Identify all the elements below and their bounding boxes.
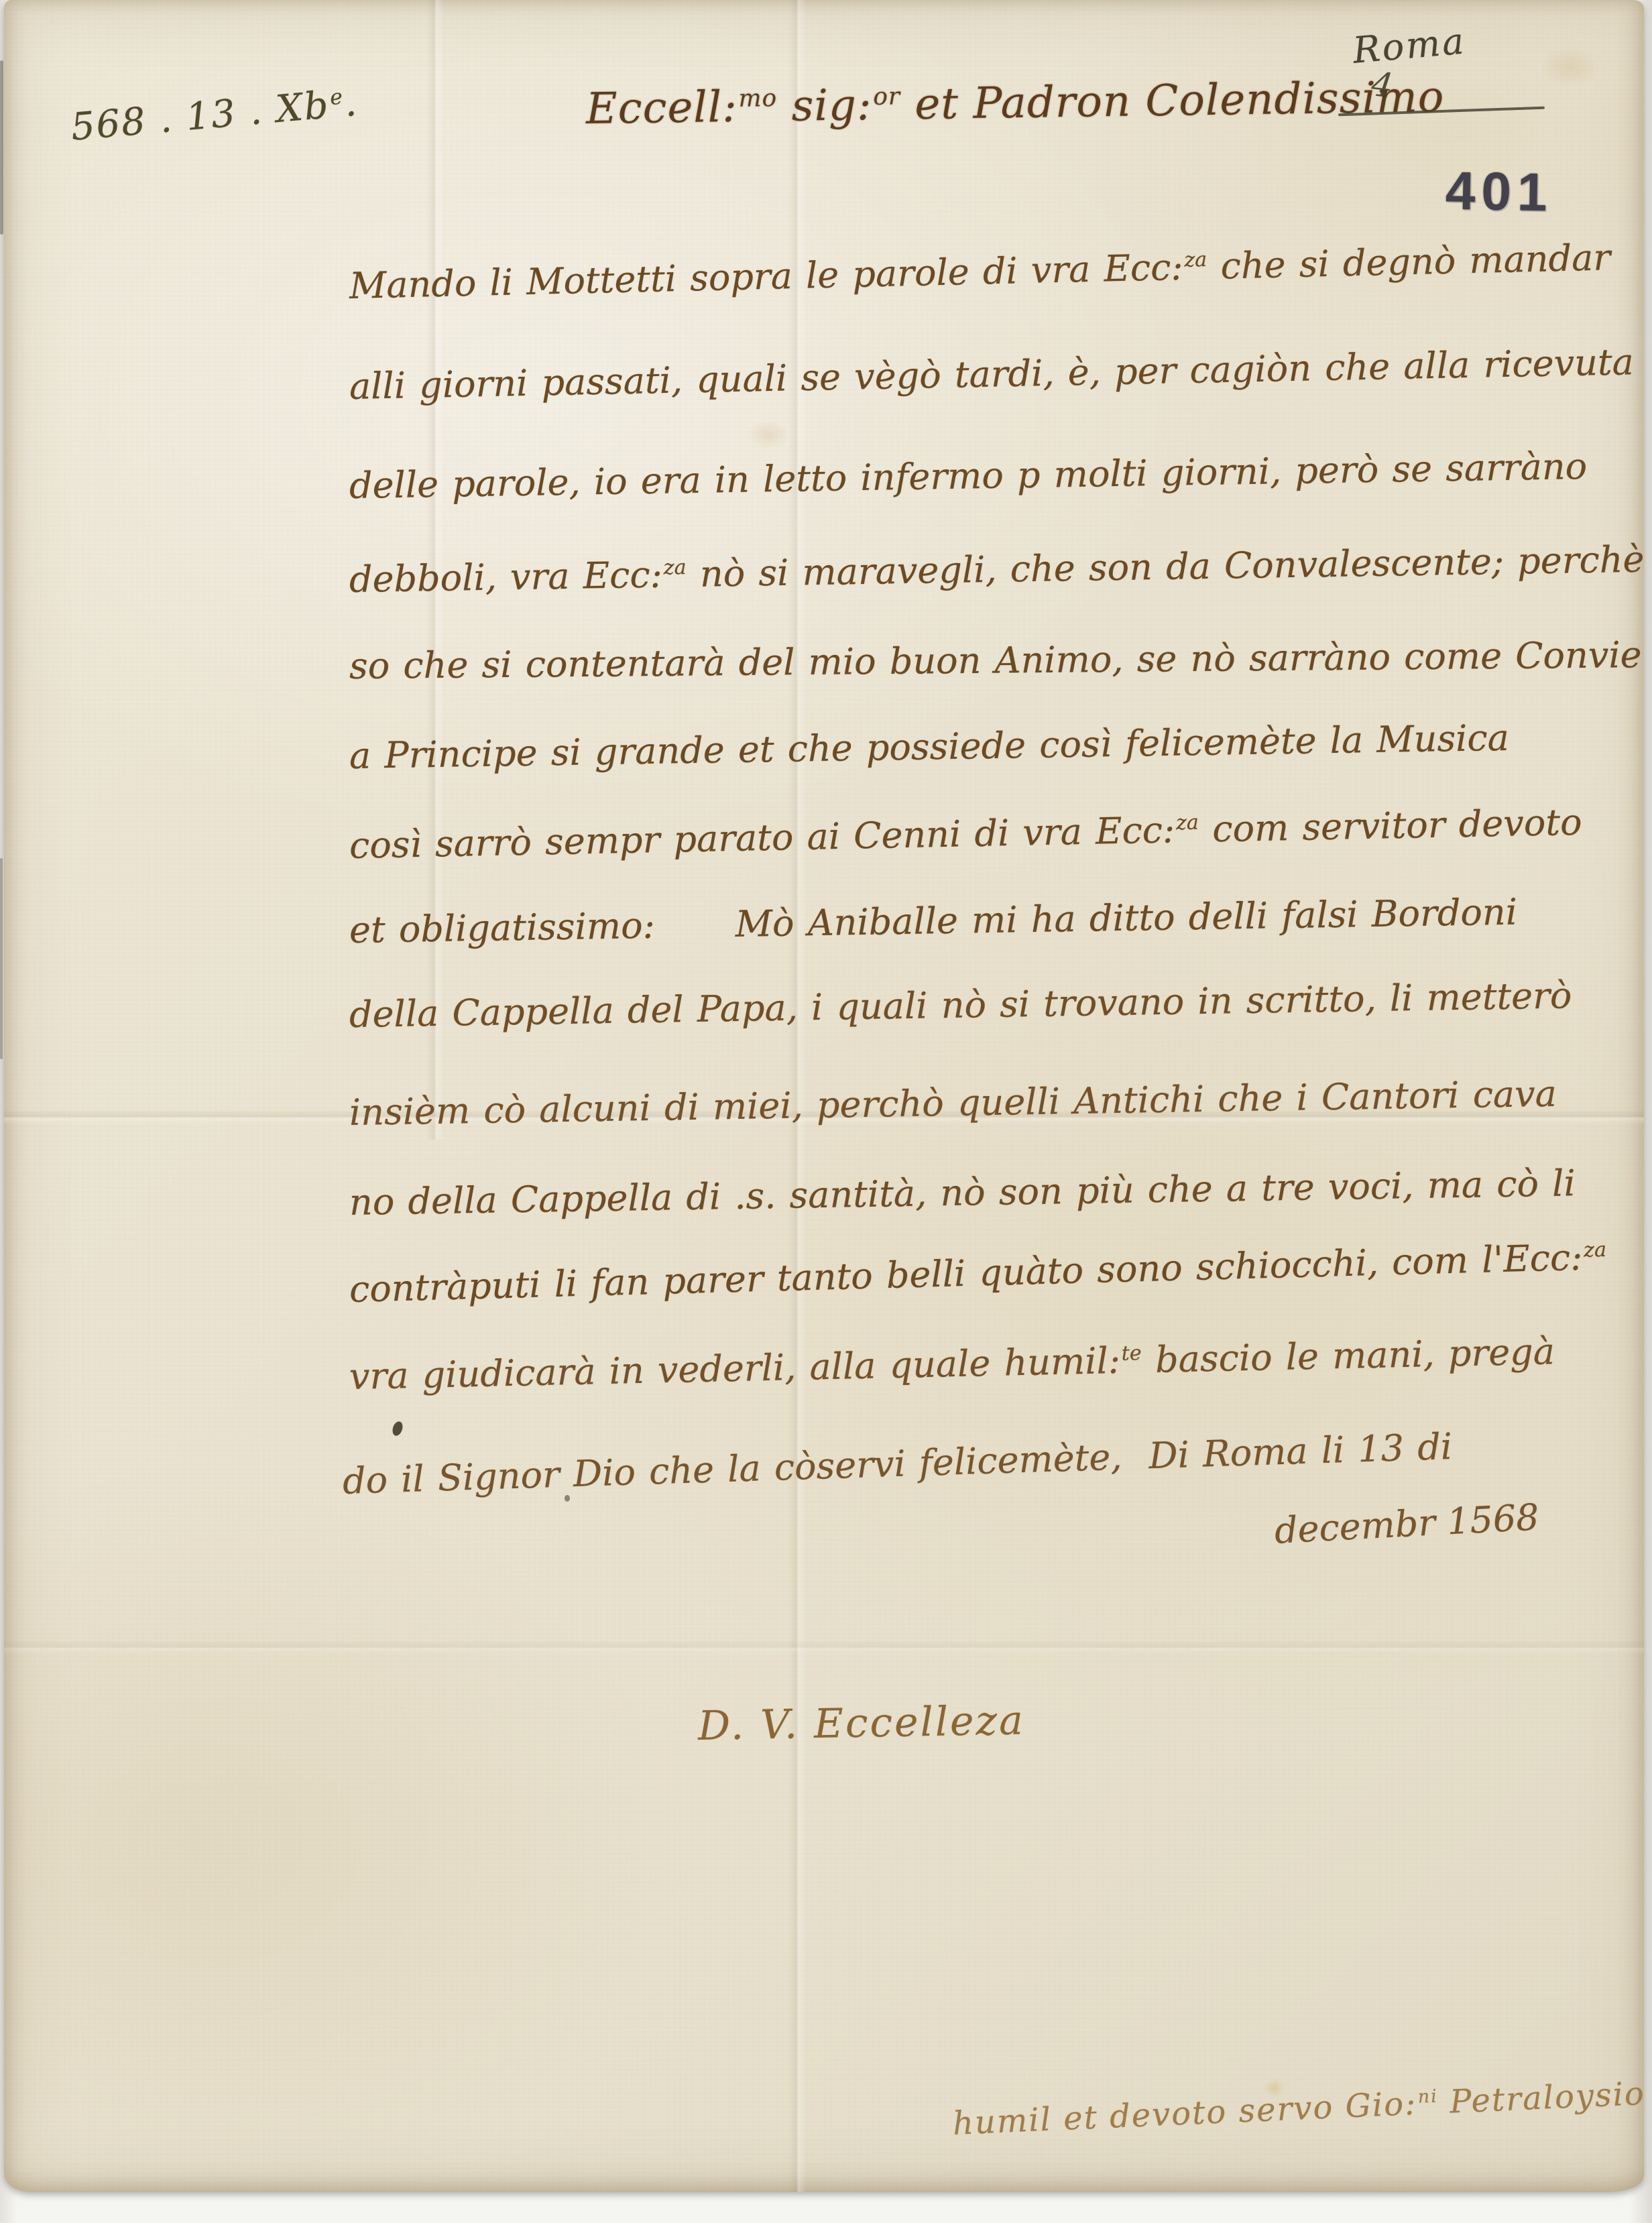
paper-stain <box>747 421 790 449</box>
body-line: insièm cò alcuni di miei, perchò quelli … <box>349 1073 1557 1134</box>
archive-number-stamp: 401 <box>1445 160 1553 224</box>
ink-speck <box>391 1420 404 1437</box>
body-line: così sarrò sempr parato ai Cenni di vra … <box>349 801 1582 867</box>
body-line: vra giudicarà in vederli, alla quale hum… <box>349 1330 1555 1398</box>
body-line: debboli, vra Ecc:za nò si maravegli, che… <box>349 538 1644 601</box>
body-line: contràputi li fan parer tanto belli quàt… <box>349 1236 1607 1311</box>
letter-scan: 568 . 13 . Xbe. Eccell:mo sig:or et Padr… <box>0 0 1652 2223</box>
archivist-date-note: 568 . 13 . Xbe. <box>69 81 359 149</box>
body-line: a Principe si grande et che possiede cos… <box>349 717 1510 777</box>
salutation: Eccell:mo sig:or et Padron Colendissimo <box>585 72 1444 134</box>
archivist-note-roma: Roma <box>1351 19 1467 71</box>
body-line: et obligatissimo:Mò Aniballe mi ha ditto… <box>349 891 1518 951</box>
body-line: do il Signor Dio che la còservi felicemè… <box>342 1425 1453 1502</box>
horizontal-crease <box>4 1640 1644 1655</box>
roma-note-mark: 4 <box>1369 64 1395 105</box>
paper-stain <box>1539 47 1600 87</box>
ink-speck <box>565 1495 570 1502</box>
letter-page: 568 . 13 . Xbe. Eccell:mo sig:or et Padr… <box>4 0 1644 2192</box>
body-line: alli giorni passati, quali se vègò tardi… <box>349 341 1634 408</box>
body-line: no della Cappella di .s. santità, nò son… <box>349 1162 1576 1223</box>
body-line: so che si contentarà del mio buon Animo,… <box>349 634 1644 687</box>
body-line: delle parole, io era in letto infermo p … <box>349 445 1588 507</box>
signature: humil et devoto servo Gio:ni Petraloysio <box>952 2075 1644 2143</box>
scan-edge-shadow <box>0 858 3 1059</box>
valediction: D. V. Eccelleza <box>697 1697 1025 1750</box>
scan-edge-shadow <box>0 60 3 235</box>
letter-dateline: decembr 1568 <box>1273 1496 1540 1552</box>
body-line: Mando li Mottetti sopra le parole di vra… <box>349 236 1611 307</box>
body-line: della Cappella del Papa, i quali nò si t… <box>349 974 1572 1036</box>
